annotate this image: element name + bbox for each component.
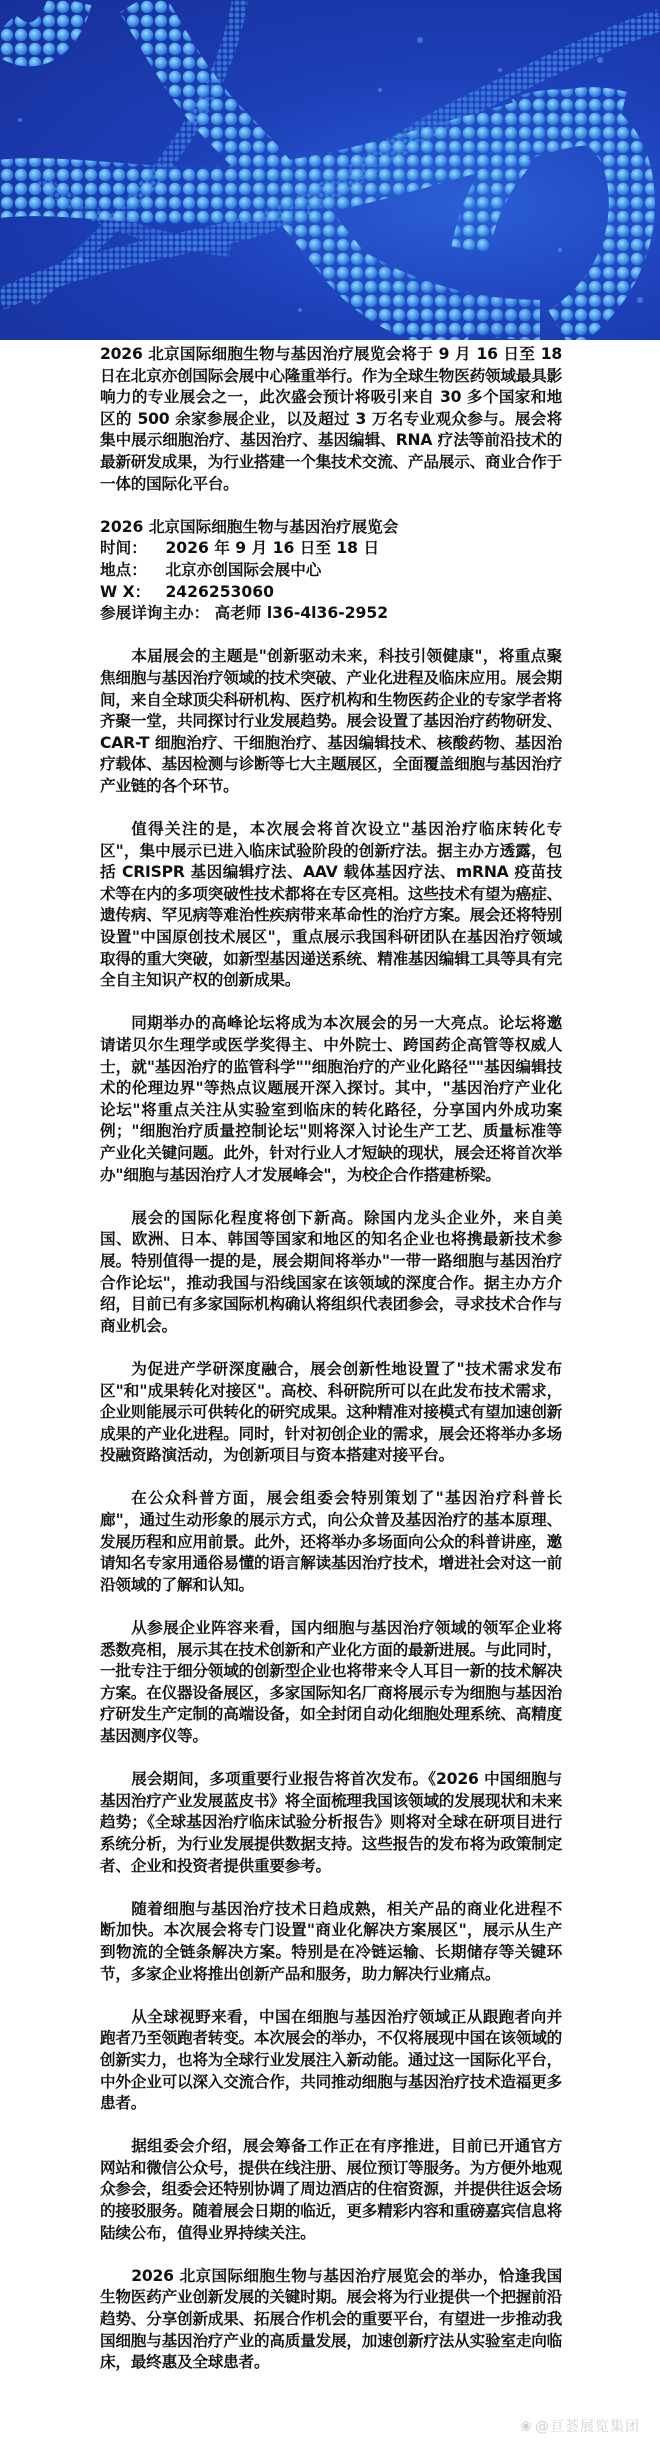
event-contact-label: 参展详询主办： bbox=[100, 603, 209, 625]
event-wx-label: W X： bbox=[100, 582, 160, 604]
paragraph-forum: 同期举办的高峰论坛将成为本次展会的另一大亮点。论坛将邀请诺贝尔生理学或医学奖得主… bbox=[100, 1013, 562, 1186]
spacer bbox=[100, 625, 562, 647]
event-time-label: 时间： bbox=[100, 538, 160, 560]
spacer bbox=[100, 797, 562, 819]
paragraph-global-view: 从全球视野来看，中国在细胞与基因治疗领域正从跟跑者向并跑者乃至领跑者转变。本次展… bbox=[100, 2007, 562, 2115]
event-contact: 参展详询主办： 高老师 l36-4l36-2952 bbox=[100, 603, 562, 625]
event-wx-value: 2426253060 bbox=[165, 583, 274, 601]
event-contact-value: 高老师 l36-4l36-2952 bbox=[215, 604, 389, 622]
event-time: 时间： 2026 年 9 月 16 日至 18 日 bbox=[100, 538, 562, 560]
spacer bbox=[100, 1186, 562, 1208]
paragraph-science-popularization: 在公众科普方面，展会组委会特别策划了"基因治疗科普长廊"，通过生动形象的展示方式… bbox=[100, 1488, 562, 1596]
source-watermark: ❀@亘荟展览集团 bbox=[520, 2416, 640, 2436]
spacer bbox=[100, 1748, 562, 1770]
hero-dna-image bbox=[0, 0, 660, 340]
spacer bbox=[100, 1337, 562, 1359]
watermark-text: @亘荟展览集团 bbox=[535, 2419, 640, 2435]
event-wx: W X： 2426253060 bbox=[100, 582, 562, 604]
spacer bbox=[100, 2115, 562, 2137]
spacer bbox=[100, 1596, 562, 1618]
paragraph-industry-research: 为促进产学研深度融合，展会创新性地设置了"技术需求发布区"和"成果转化对接区"。… bbox=[100, 1359, 562, 1467]
article-body: 2026 北京国际细胞生物与基因治疗展览会将于 9 月 16 日至 18 日在北… bbox=[100, 344, 562, 2374]
event-time-value: 2026 年 9 月 16 日至 18 日 bbox=[165, 539, 379, 557]
paragraph-clinical-zone: 值得关注的是，本次展会将首次设立"基因治疗临床转化专区"，集中展示已进入临床试验… bbox=[100, 819, 562, 992]
spacer bbox=[100, 1877, 562, 1899]
spacer bbox=[100, 2244, 562, 2266]
paragraph-reports: 展会期间，多项重要行业报告将首次发布。《2026 中国细胞与基因治疗产业发展蓝皮… bbox=[100, 1769, 562, 1877]
spacer bbox=[100, 1985, 562, 2007]
paragraph-conclusion: 2026 北京国际细胞生物与基因治疗展览会的举办，恰逢我国生物医药产业创新发展的… bbox=[100, 2266, 562, 2374]
paragraph-preparation: 据组委会介绍，展会筹备工作正在有序推进，目前已开通官方网站和微信公众号，提供在线… bbox=[100, 2136, 562, 2244]
spacer bbox=[100, 992, 562, 1014]
spacer bbox=[100, 1467, 562, 1489]
event-place: 地点： 北京亦创国际会展中心 bbox=[100, 560, 562, 582]
paragraph-theme: 本届展会的主题是"创新驱动未来，科技引领健康"，将重点聚焦细胞与基因治疗领域的技… bbox=[100, 646, 562, 797]
event-place-label: 地点： bbox=[100, 560, 160, 582]
paw-icon: ❀ bbox=[520, 2419, 533, 2435]
paragraph-international: 展会的国际化程度将创下新高。除国内龙头企业外，来自美国、欧洲、日本、韩国等国家和… bbox=[100, 1208, 562, 1338]
spacer bbox=[100, 495, 562, 517]
event-title: 2026 北京国际细胞生物与基因治疗展览会 bbox=[100, 517, 562, 539]
paragraph-exhibitors: 从参展企业阵容来看，国内细胞与基因治疗领域的领军企业将悉数亮相，展示其在技术创新… bbox=[100, 1618, 562, 1748]
intro-paragraph: 2026 北京国际细胞生物与基因治疗展览会将于 9 月 16 日至 18 日在北… bbox=[100, 344, 562, 495]
event-info-block: 2026 北京国际细胞生物与基因治疗展览会 时间： 2026 年 9 月 16 … bbox=[100, 517, 562, 625]
dna-helix-illustration bbox=[0, 0, 660, 340]
paragraph-commercialization: 随着细胞与基因治疗技术日趋成熟，相关产品的商业化进程不断加快。本次展会将专门设置… bbox=[100, 1899, 562, 1985]
event-place-value: 北京亦创国际会展中心 bbox=[165, 561, 321, 579]
